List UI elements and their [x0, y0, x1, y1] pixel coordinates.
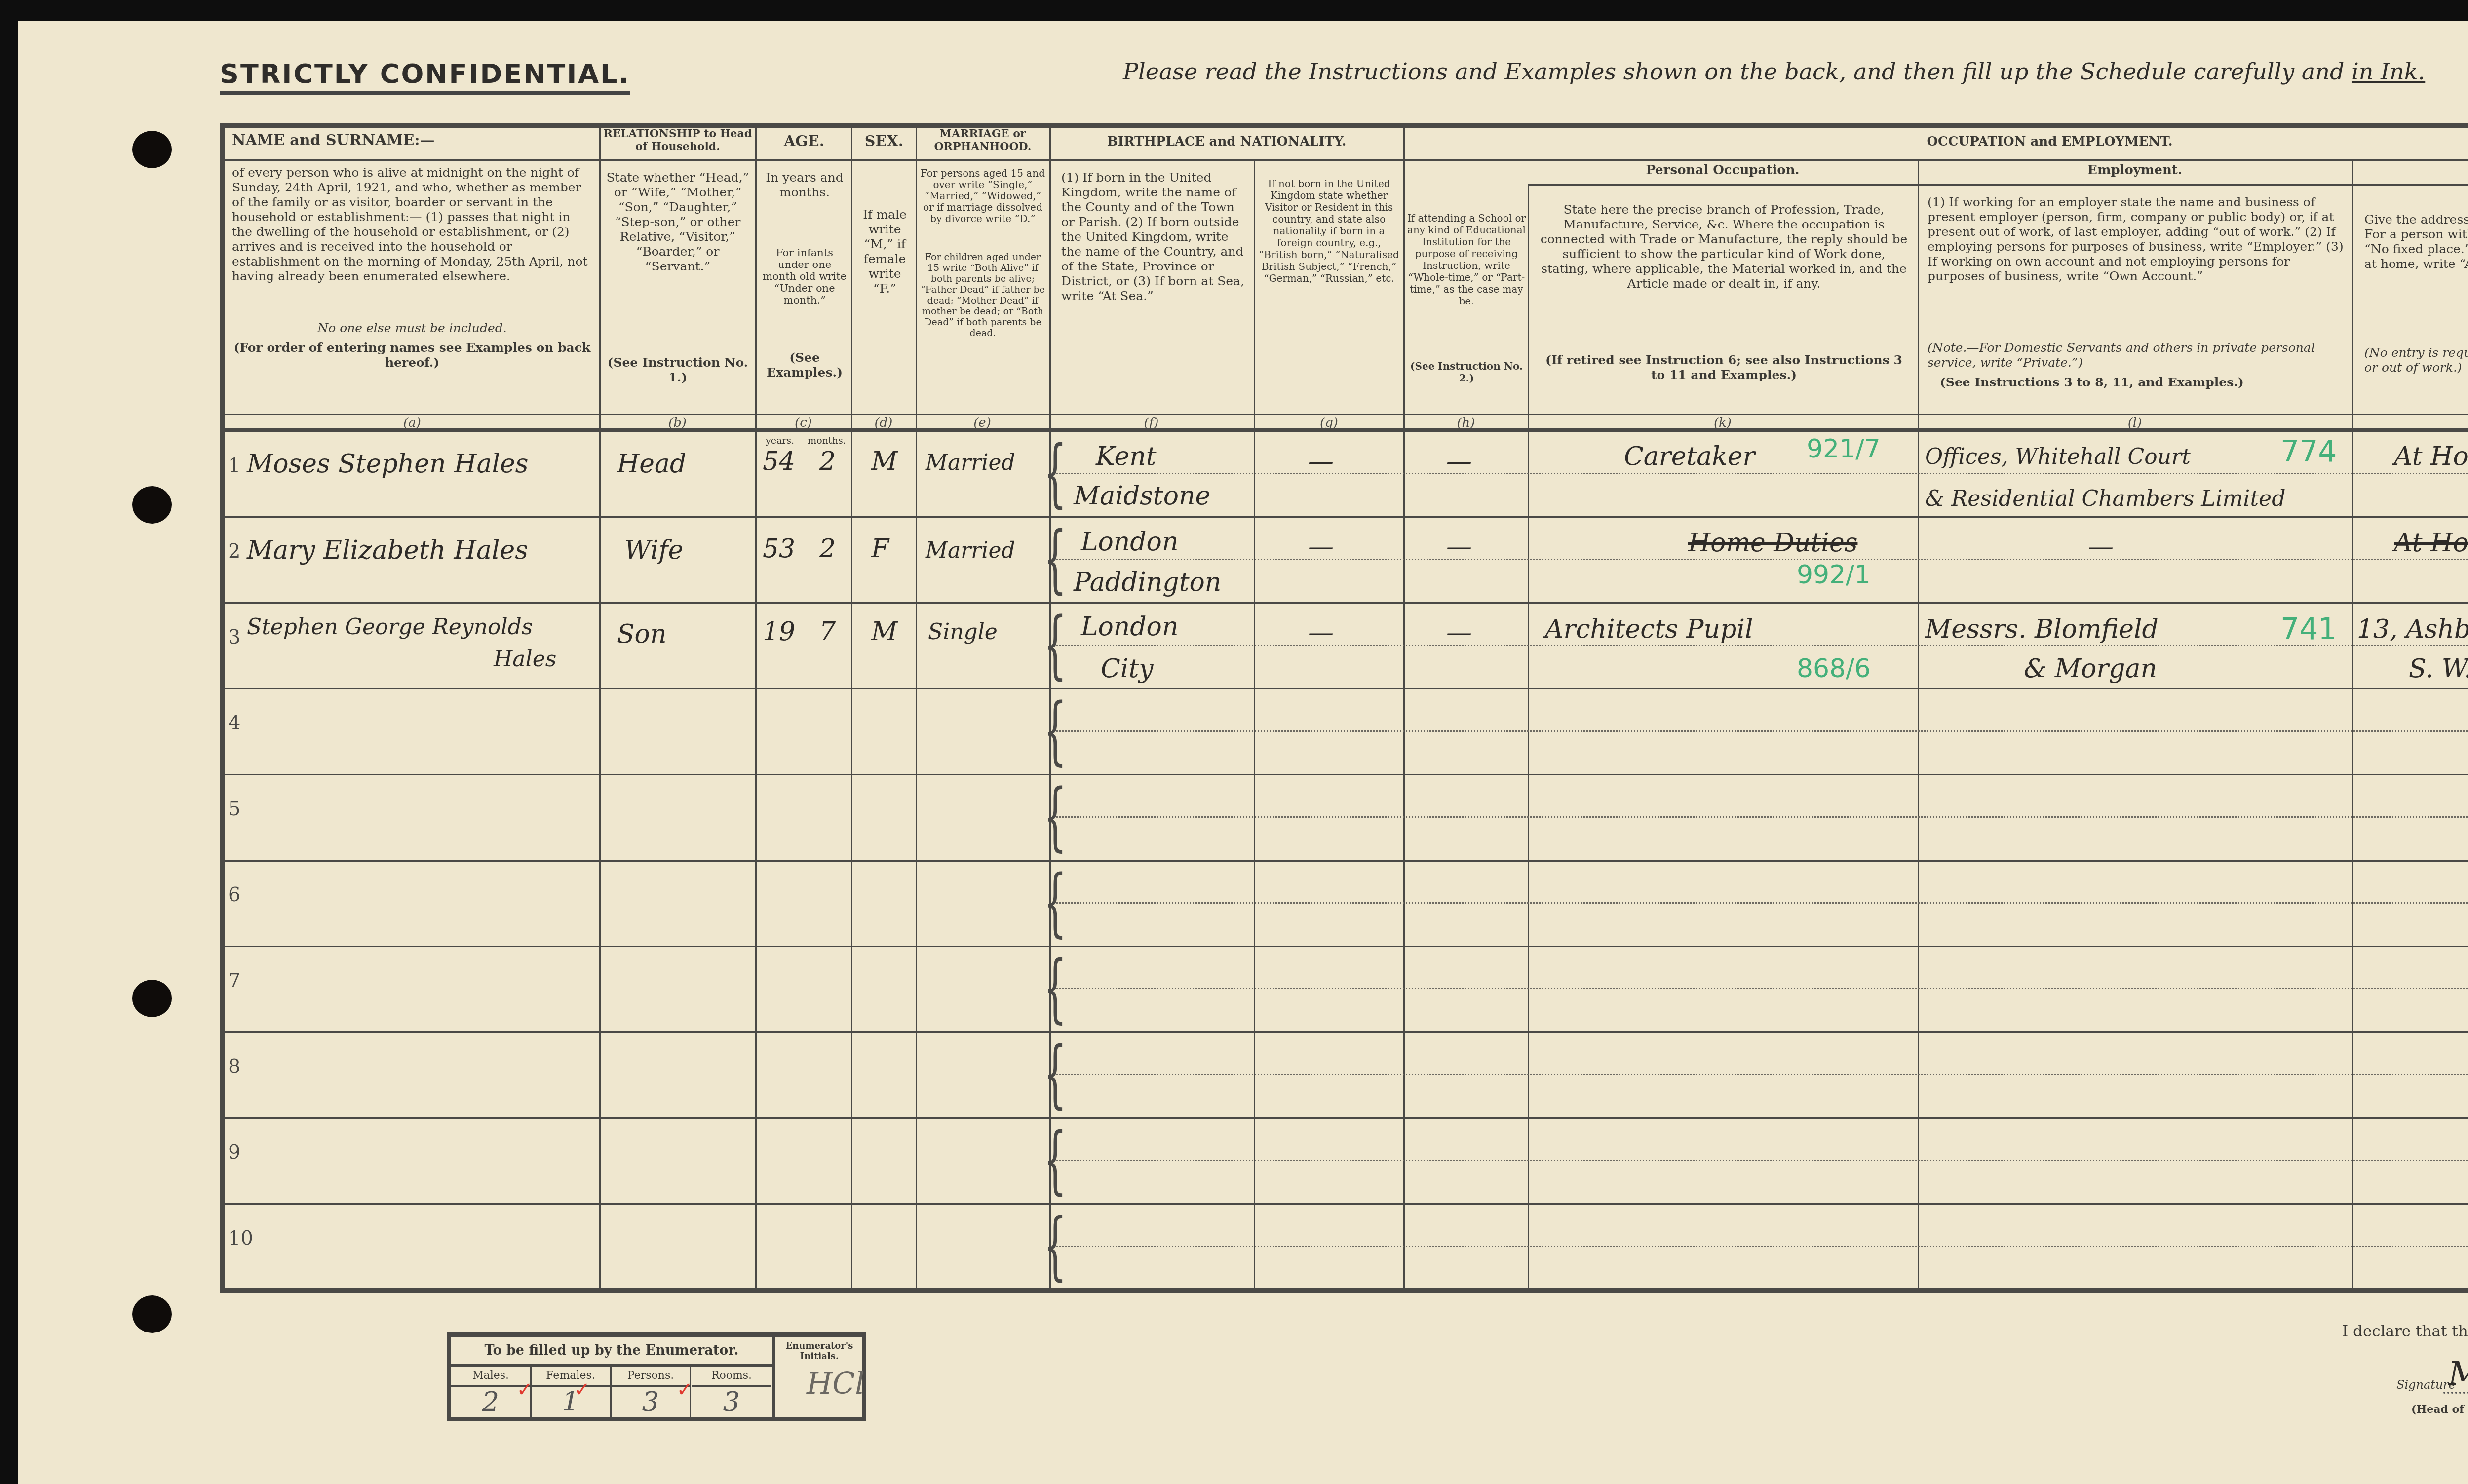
birthplace-county: Kent — [1096, 442, 1157, 471]
row-rule — [225, 688, 2468, 689]
column-rule — [755, 128, 757, 1288]
enumerator-totals-heading: To be filled up by the Enumerator. — [451, 1337, 772, 1367]
signature-note: (Head of Household, Manager of Establish… — [2411, 1403, 2468, 1416]
sex: M — [871, 447, 897, 476]
person-name: Stephen George Reynolds — [247, 614, 533, 640]
header-sex: SEX. — [854, 134, 914, 149]
enumerator-totals-box: To be filled up by the Enumerator. Males… — [447, 1332, 866, 1421]
header-employment-body: (1) If working for an employer state the… — [1928, 195, 2347, 284]
employer-line-1: — — [2088, 532, 2114, 562]
header-relationship: RELATIONSHIP to Head of Household. — [601, 127, 754, 153]
brace: { — [1043, 780, 1067, 854]
dotted-line — [1054, 1246, 2468, 1247]
brace: { — [1043, 951, 1067, 1026]
education: — — [1446, 532, 1472, 562]
occupation: Architects Pupil — [1545, 614, 1753, 644]
employment-code: 774 — [2280, 434, 2337, 469]
birthplace-county: London — [1081, 527, 1178, 557]
enumerator-initials-value: HCl — [807, 1367, 864, 1401]
header-employment-footer: (See Instructions 3 to 8, 11, and Exampl… — [1940, 375, 2345, 390]
dotted-line — [1054, 1160, 2468, 1161]
row-rule — [225, 946, 2468, 947]
brace: { — [1043, 866, 1067, 940]
row-rule — [225, 1203, 2468, 1205]
females-value: 1 — [531, 1387, 610, 1417]
punch-hole — [132, 486, 172, 524]
nationality: — — [1308, 618, 1334, 647]
punch-hole — [132, 1295, 172, 1333]
instruction-line: Please read the Instructions and Example… — [1123, 58, 2425, 85]
age-months-label: months. — [802, 433, 851, 448]
sex: M — [871, 617, 897, 647]
column-letter-c: (c) — [755, 416, 851, 430]
enumerator-initials-label: Enumerator's Initials. — [775, 1341, 864, 1362]
brace: { — [1043, 1037, 1067, 1111]
column-letter-l: (l) — [1918, 416, 2352, 430]
header-birthplace-body: (1) If born in the United Kingdom, write… — [1061, 170, 1251, 304]
row-number: 4 — [228, 712, 240, 734]
dotted-line — [1054, 988, 2468, 989]
header-rule — [225, 159, 1049, 161]
header-employment: Employment. — [1920, 163, 2350, 178]
rooms-value: 3 — [692, 1387, 771, 1417]
punch-hole — [132, 131, 172, 168]
header-place-of-work-body: Give the address of each person's place … — [2364, 212, 2468, 271]
brace: { — [1043, 436, 1067, 510]
punch-hole — [132, 980, 172, 1017]
birthplace-town: City — [1101, 654, 1154, 684]
column-letter-a: (a) — [225, 416, 600, 430]
column-letter-h: (h) — [1404, 416, 1528, 430]
person-name: Mary Elizabeth Hales — [247, 535, 528, 565]
brace: { — [1043, 694, 1067, 768]
sex: F — [871, 534, 889, 564]
birthplace-town: Maidstone — [1074, 481, 1210, 511]
age-months: 2 — [819, 447, 836, 476]
declaration-text: I declare that this Schedule is correctl… — [2342, 1323, 2468, 1340]
dotted-line — [1054, 816, 2468, 818]
header-birthplace: BIRTHPLACE and NATIONALITY. — [1051, 134, 1402, 149]
column-letter-m: (m) — [2352, 416, 2468, 430]
dotted-line — [1054, 1074, 2468, 1075]
place-of-work: At Home — [2394, 442, 2468, 471]
relationship: Wife — [624, 535, 683, 565]
age-years: 53 — [763, 534, 795, 564]
header-education-body: If attending a School or any kind of Edu… — [1407, 212, 1526, 307]
row-number: 9 — [228, 1141, 240, 1164]
age-years-label: years. — [758, 433, 802, 448]
row-rule — [225, 774, 2468, 775]
confidential-title: STRICTLY CONFIDENTIAL. — [220, 58, 630, 95]
marital-status: Single — [928, 619, 998, 645]
column-rule — [851, 128, 852, 1288]
females-cell: Females. 1 ✓ — [531, 1367, 612, 1417]
column-letter-k: (k) — [1528, 416, 1918, 430]
nationality: — — [1308, 447, 1334, 476]
header-occupation: OCCUPATION and EMPLOYMENT. — [1407, 134, 2468, 149]
column-letter-g: (g) — [1254, 416, 1404, 430]
dotted-line — [1054, 902, 2468, 904]
age-months: 2 — [819, 534, 836, 564]
signature-label: Signature — [2396, 1378, 2456, 1392]
marital-status: Married — [925, 538, 1015, 563]
letters-rule — [225, 414, 2468, 415]
header-name-body: of every person who is alive at midnight… — [232, 165, 592, 284]
person-surname: Hales — [494, 647, 556, 672]
header-relationship-body: State whether “Head,” or “Wife,” “Mother… — [603, 170, 752, 274]
subheader-rule — [1528, 184, 2468, 186]
row-number: 2 — [228, 540, 240, 563]
dotted-line — [1054, 645, 2468, 646]
row-number: 8 — [228, 1055, 240, 1078]
header-name-note: No one else must be included. — [232, 321, 592, 336]
dotted-line — [1054, 473, 2468, 474]
age-years: 54 — [763, 447, 795, 476]
header-place-of-work: Place of Work. — [2354, 163, 2468, 178]
row-number: 6 — [228, 883, 240, 906]
header-marriage: MARRIAGE or ORPHANHOOD. — [918, 127, 1047, 153]
occupation: Home Duties — [1688, 528, 1857, 558]
place-of-work-line-2: S. W. 7. London — [2409, 654, 2468, 684]
row-rule — [225, 602, 2468, 604]
education: — — [1446, 618, 1472, 647]
header-rule — [1049, 159, 2468, 161]
occupation: Caretaker — [1624, 442, 1755, 471]
nationality: — — [1308, 532, 1334, 562]
red-check-icon: ✓ — [676, 1378, 693, 1401]
birthplace-town: Paddington — [1074, 568, 1221, 597]
employer-line-1: Offices, Whitehall Court — [1925, 444, 2191, 469]
employer-line-2: & Residential Chambers Limited — [1925, 486, 2285, 511]
brace: { — [1043, 522, 1067, 596]
header-place-of-work-note: (No entry is required for any person who… — [2364, 345, 2468, 375]
brace: { — [1043, 1209, 1067, 1283]
relationship: Head — [617, 449, 686, 479]
header-personal-occupation-body: State here the precise branch of Profess… — [1540, 202, 1908, 291]
header-name: NAME and SURNAME:— — [232, 133, 578, 148]
row-rule — [225, 1031, 2468, 1033]
header-marriage-body: For persons aged 15 and over write “Sing… — [919, 168, 1046, 225]
row-number: 1 — [228, 454, 240, 477]
occupation-code: 921/7 — [1807, 434, 1881, 464]
employer-line-1: Messrs. Blomfield — [1925, 614, 2159, 644]
row-rule — [225, 516, 2468, 518]
column-rule — [1528, 184, 1529, 1288]
row-rule-heavy — [225, 860, 2468, 862]
header-age-body: In years and months. — [760, 170, 849, 200]
signature-value: M. S. Hales — [2448, 1355, 2468, 1393]
age-months: 7 — [819, 617, 836, 647]
rooms-cell: Rooms. 3 — [692, 1367, 771, 1417]
header-personal-occupation-footer: (If retired see Instruction 6; see also … — [1540, 353, 1908, 382]
header-age: AGE. — [758, 134, 850, 149]
dotted-line — [1054, 559, 2468, 560]
column-letter-d: (d) — [851, 416, 916, 430]
header-name-footer: (For order of entering names see Example… — [232, 341, 592, 370]
dotted-line — [1054, 730, 2468, 732]
occupation-code: 992/1 — [1797, 560, 1871, 590]
header-nationality-body: If not born in the United Kingdom state … — [1256, 178, 1402, 284]
brace: { — [1043, 1123, 1067, 1197]
row-number: 3 — [228, 626, 240, 648]
row-rule — [225, 1117, 2468, 1119]
column-rule — [916, 128, 917, 1288]
header-marriage-sub: For children aged under 15 write “Both A… — [919, 252, 1046, 339]
marital-status: Married — [925, 450, 1015, 475]
males-cell: Males. 2 ✓ — [451, 1367, 532, 1417]
occupation-code: 868/6 — [1797, 654, 1871, 684]
header-employment-note: (Note.—For Domestic Servants and others … — [1928, 341, 2347, 370]
brace: { — [1043, 608, 1067, 682]
header-age-sub: For infants under one month old write “U… — [760, 247, 849, 306]
rooms-label: Rooms. — [692, 1367, 771, 1387]
header-education-footer: (See Instruction No. 2.) — [1407, 360, 1526, 384]
place-of-work: At Home — [2394, 528, 2468, 558]
red-check-icon: ✓ — [574, 1378, 590, 1401]
employer-line-2: & Morgan — [2024, 654, 2157, 684]
column-letter-b: (b) — [600, 416, 755, 430]
header-relationship-footer: (See Instruction No. 1.) — [603, 355, 752, 385]
column-letter-f: (f) — [1049, 416, 1254, 430]
age-years: 19 — [763, 617, 795, 647]
column-rule — [599, 128, 601, 1288]
employment-code: 741 — [2280, 612, 2337, 647]
relationship: Son — [617, 619, 666, 649]
females-label: Females. — [531, 1367, 610, 1387]
column-rule — [1403, 128, 1405, 1288]
red-check-icon: ✓ — [516, 1378, 533, 1401]
column-letter-e: (e) — [916, 416, 1049, 430]
person-name: Moses Stephen Hales — [247, 449, 529, 479]
row-number: 5 — [228, 798, 240, 820]
row-number: 7 — [228, 969, 240, 992]
persons-cell: Persons. 3 ✓ — [611, 1367, 692, 1417]
place-of-work-line-1: 13, Ashburn Gdns, — [2357, 614, 2468, 644]
header-personal-occupation: Personal Occupation. — [1530, 163, 1915, 178]
header-age-footer: (See Examples.) — [760, 350, 849, 380]
birthplace-county: London — [1081, 612, 1178, 642]
header-sex-body: If male write “M,” if female write “F.” — [856, 207, 913, 296]
row-number: 10 — [228, 1227, 253, 1250]
education: — — [1446, 447, 1472, 476]
